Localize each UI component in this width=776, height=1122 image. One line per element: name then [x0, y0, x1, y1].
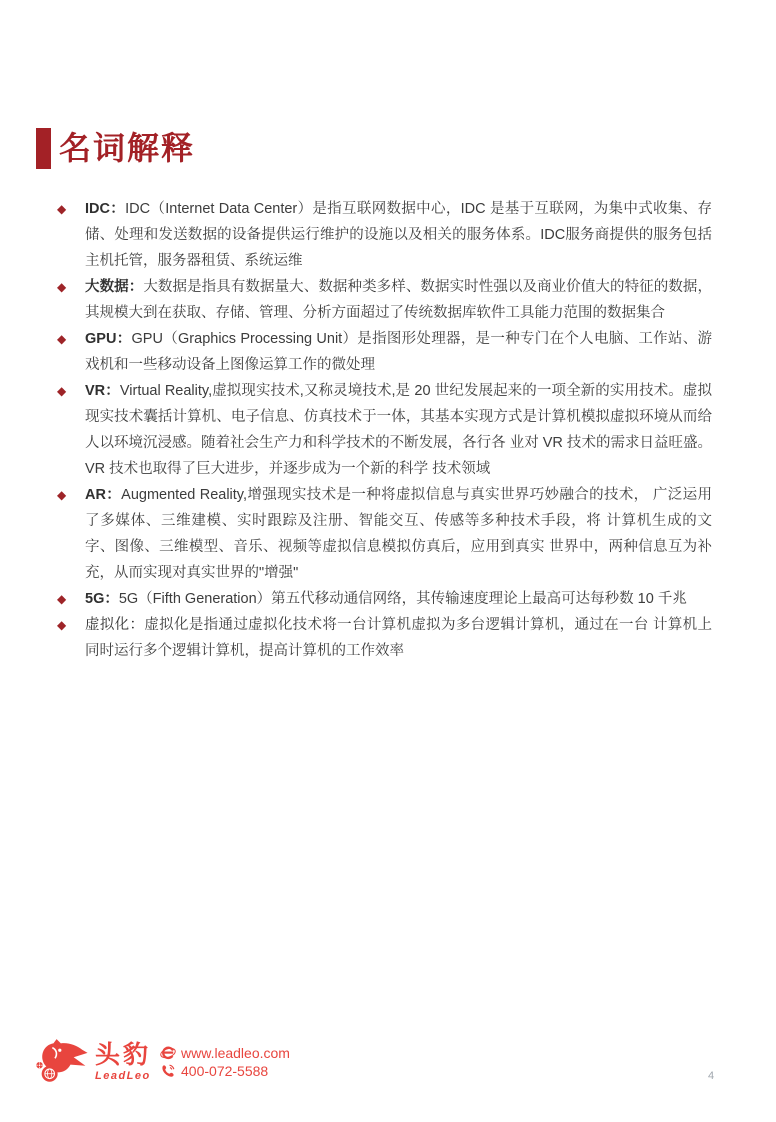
brand-name-en: LeadLeo	[95, 1071, 151, 1082]
document-page: 名词解释 ◆ IDC：IDC（Internet Data Center）是指互联…	[0, 0, 776, 1122]
section-title-row: 名词解释	[36, 128, 195, 169]
diamond-bullet-icon: ◆	[57, 586, 66, 612]
phone-icon	[160, 1063, 176, 1079]
term-definition: 大数据是指具有数据量大、数据种类多样、数据实时性强以及商业价值大的特征的数据，其…	[85, 279, 712, 321]
phone-row: 400-072-5588	[160, 1062, 290, 1080]
term-item: ◆ 5G：5G（Fifth Generation）第五代移动通信网络，其传输速度…	[56, 586, 712, 612]
title-accent-bar	[36, 128, 51, 169]
terms-list: ◆ IDC：IDC（Internet Data Center）是指互联网数据中心…	[56, 196, 712, 664]
term-item: ◆ 大数据：大数据是指具有数据量大、数据种类多样、数据实时性强以及商业价值大的特…	[56, 274, 712, 326]
term-definition: 5G（Fifth Generation）第五代移动通信网络，其传输速度理论上最高…	[119, 591, 687, 607]
term-item: ◆ GPU：GPU（Graphics Processing Unit）是指图形处…	[56, 326, 712, 378]
term-label: IDC：	[85, 201, 125, 217]
term-label: GPU：	[85, 331, 132, 347]
term-definition: GPU（Graphics Processing Unit）是指图形处理器，是一种…	[85, 331, 712, 373]
term-label: AR：	[85, 487, 121, 503]
term-item: ◆ IDC：IDC（Internet Data Center）是指互联网数据中心…	[56, 196, 712, 274]
term-label: 大数据：	[85, 279, 143, 295]
term-item: ◆ AR：Augmented Reality,增强现实技术是一种将虚拟信息与真实…	[56, 482, 712, 586]
diamond-bullet-icon: ◆	[57, 612, 66, 638]
leadleo-leopard-logo-icon	[36, 1038, 90, 1086]
phone-number[interactable]: 400-072-5588	[181, 1062, 268, 1080]
diamond-bullet-icon: ◆	[57, 482, 66, 508]
website-row: www.leadleo.com	[160, 1044, 290, 1062]
footer: 头豹 LeadLeo www.leadleo.com 400-072-5588	[36, 1038, 290, 1086]
brand-name-cn: 头豹	[95, 1043, 151, 1068]
term-label: VR：	[85, 383, 120, 399]
term-definition: 虚拟化是指通过虚拟化技术将一台计算机虚拟为多台逻辑计算机，通过在一台 计算机上同…	[85, 617, 712, 659]
term-definition: IDC（Internet Data Center）是指互联网数据中心，IDC 是…	[85, 201, 712, 269]
term-definition: Virtual Reality,虚拟现实技术,又称灵境技术,是 20 世纪发展起…	[85, 383, 712, 477]
term-label: 5G：	[85, 591, 119, 607]
diamond-bullet-icon: ◆	[57, 326, 66, 352]
internet-globe-icon	[160, 1045, 176, 1061]
term-item: ◆ VR：Virtual Reality,虚拟现实技术,又称灵境技术,是 20 …	[56, 378, 712, 482]
page-number: 4	[708, 1070, 714, 1082]
term-item: ◆ 虚拟化：虚拟化是指通过虚拟化技术将一台计算机虚拟为多台逻辑计算机，通过在一台…	[56, 612, 712, 664]
diamond-bullet-icon: ◆	[57, 274, 66, 300]
diamond-bullet-icon: ◆	[57, 378, 66, 404]
term-definition: Augmented Reality,增强现实技术是一种将虚拟信息与真实世界巧妙融…	[85, 487, 712, 581]
term-label: 虚拟化：	[85, 617, 144, 633]
brand-block: 头豹 LeadLeo	[95, 1043, 151, 1082]
contact-block: www.leadleo.com 400-072-5588	[160, 1044, 290, 1080]
diamond-bullet-icon: ◆	[57, 196, 66, 222]
website-link[interactable]: www.leadleo.com	[181, 1044, 290, 1062]
page-title: 名词解释	[59, 128, 195, 169]
